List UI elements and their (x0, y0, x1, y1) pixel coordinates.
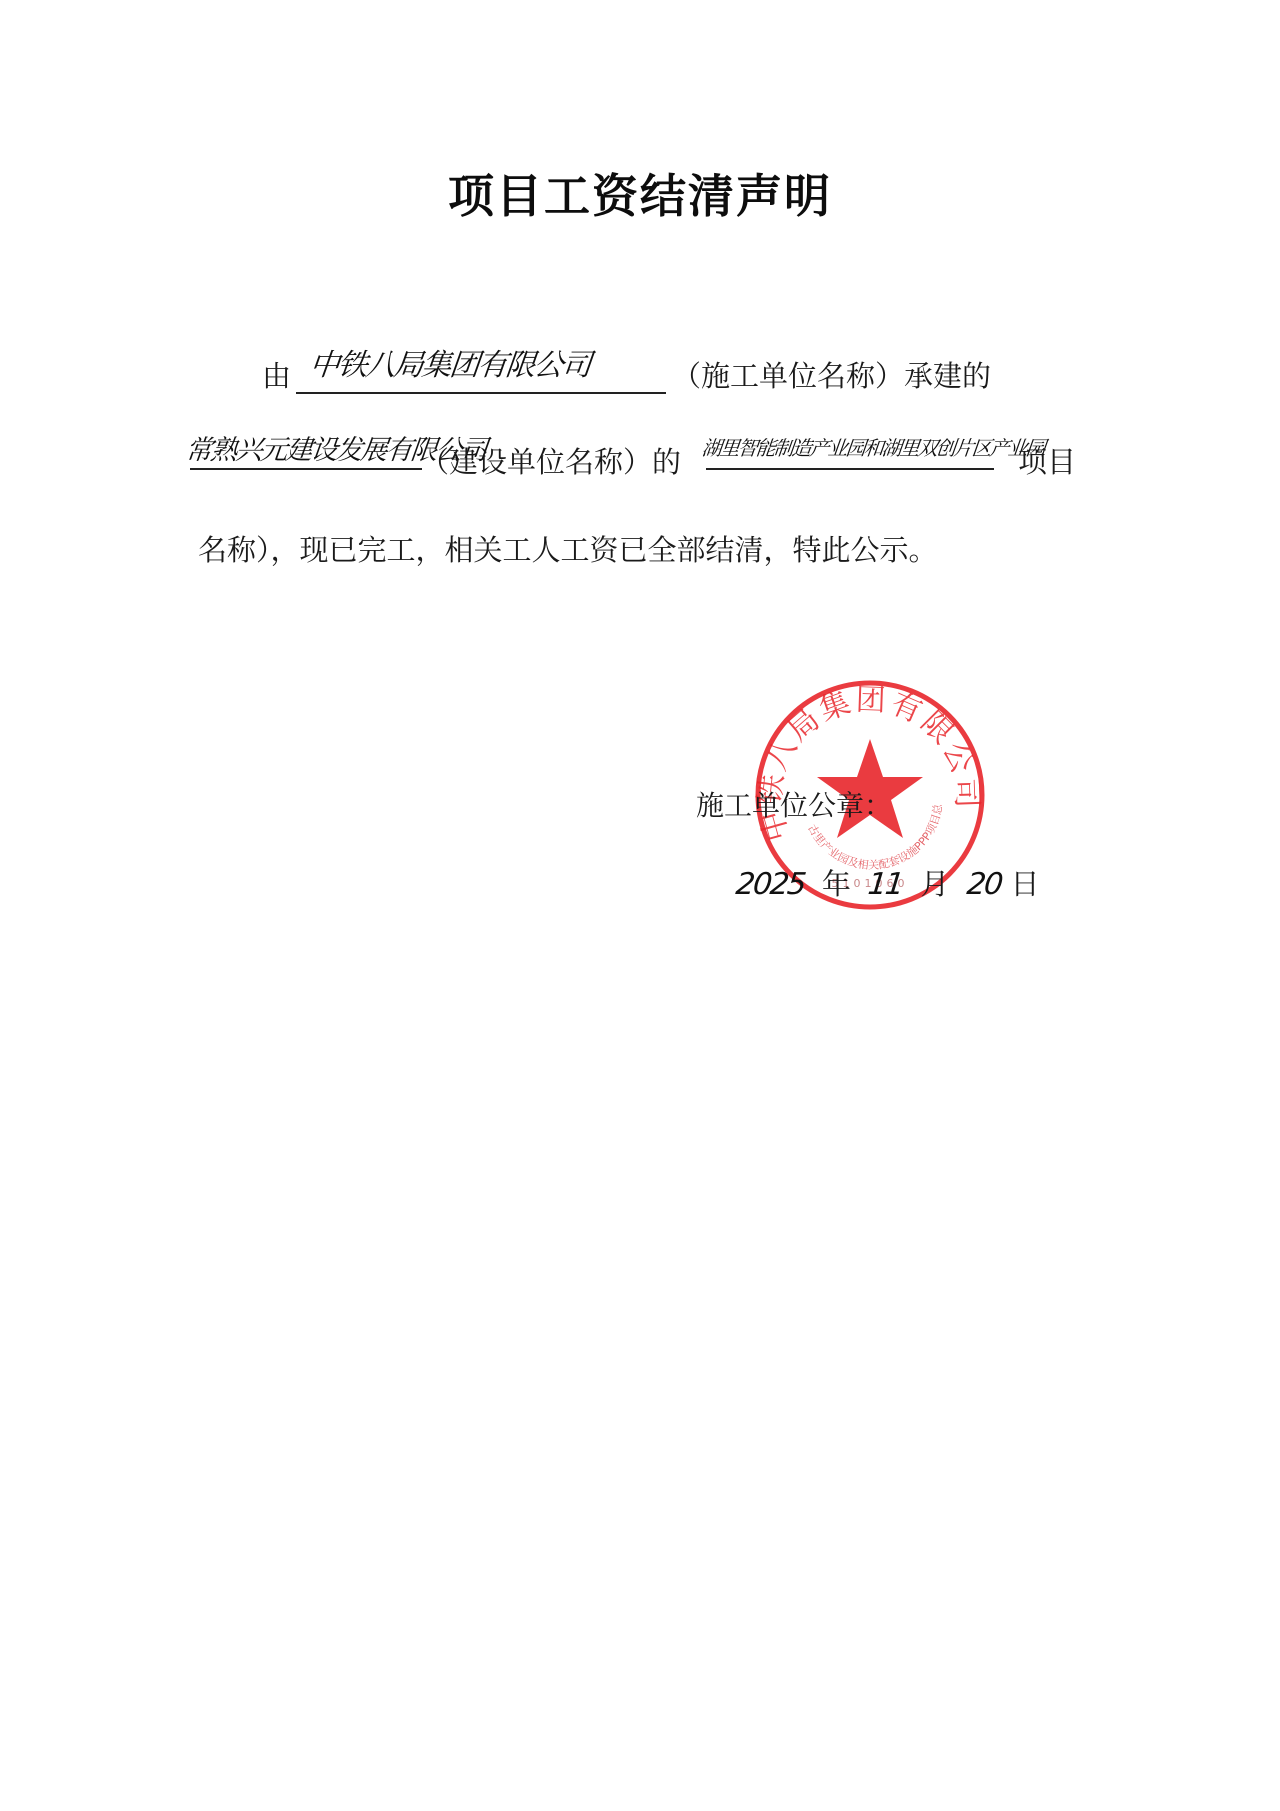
document-title: 项目工资结清声明 (0, 160, 1280, 226)
construction-unit-handwritten: 中铁八局集团有限公司 (310, 340, 590, 384)
date-year: 2025 (734, 867, 806, 902)
date-month: 11 (867, 867, 905, 902)
seal-label: 施工单位公章： (696, 784, 892, 824)
signature-date: 2025 年 11 月 20 日 (736, 862, 1040, 903)
construction-unit-value: 中铁八局集团有限公司 (308, 340, 593, 384)
owner-unit-label: （建设单位名称）的 (420, 440, 681, 481)
date-day: 20 (965, 867, 1003, 902)
project-name-handwritten: 湖里智能制造产业园和湖里双创片区产业园 (702, 432, 1044, 461)
text-prefix-you: 由 (262, 354, 291, 395)
construction-unit-underline (296, 392, 666, 394)
date-day-unit: 日 (1011, 867, 1040, 901)
owner-unit-underline (190, 468, 422, 470)
project-name-value: 湖里智能制造产业园和湖里双创片区产业园 (700, 432, 1045, 461)
svg-text:古里产业园及相关配套设施PPP项目总承包部: 古里产业园及相关配套设施PPP项目总承包部 (752, 677, 945, 872)
date-month-unit: 月 (920, 867, 949, 901)
date-year-unit: 年 (822, 867, 851, 901)
project-name-underline (706, 468, 994, 470)
stamp-inner-text: 古里产业园及相关配套设施PPP项目总承包部 (752, 677, 945, 872)
construction-unit-label: （施工单位名称）承建的 (672, 354, 991, 395)
project-label: 项目 (1018, 440, 1076, 481)
completion-statement: 名称），现已完工，相关工人工资已全部结清，特此公示。 (198, 528, 938, 569)
